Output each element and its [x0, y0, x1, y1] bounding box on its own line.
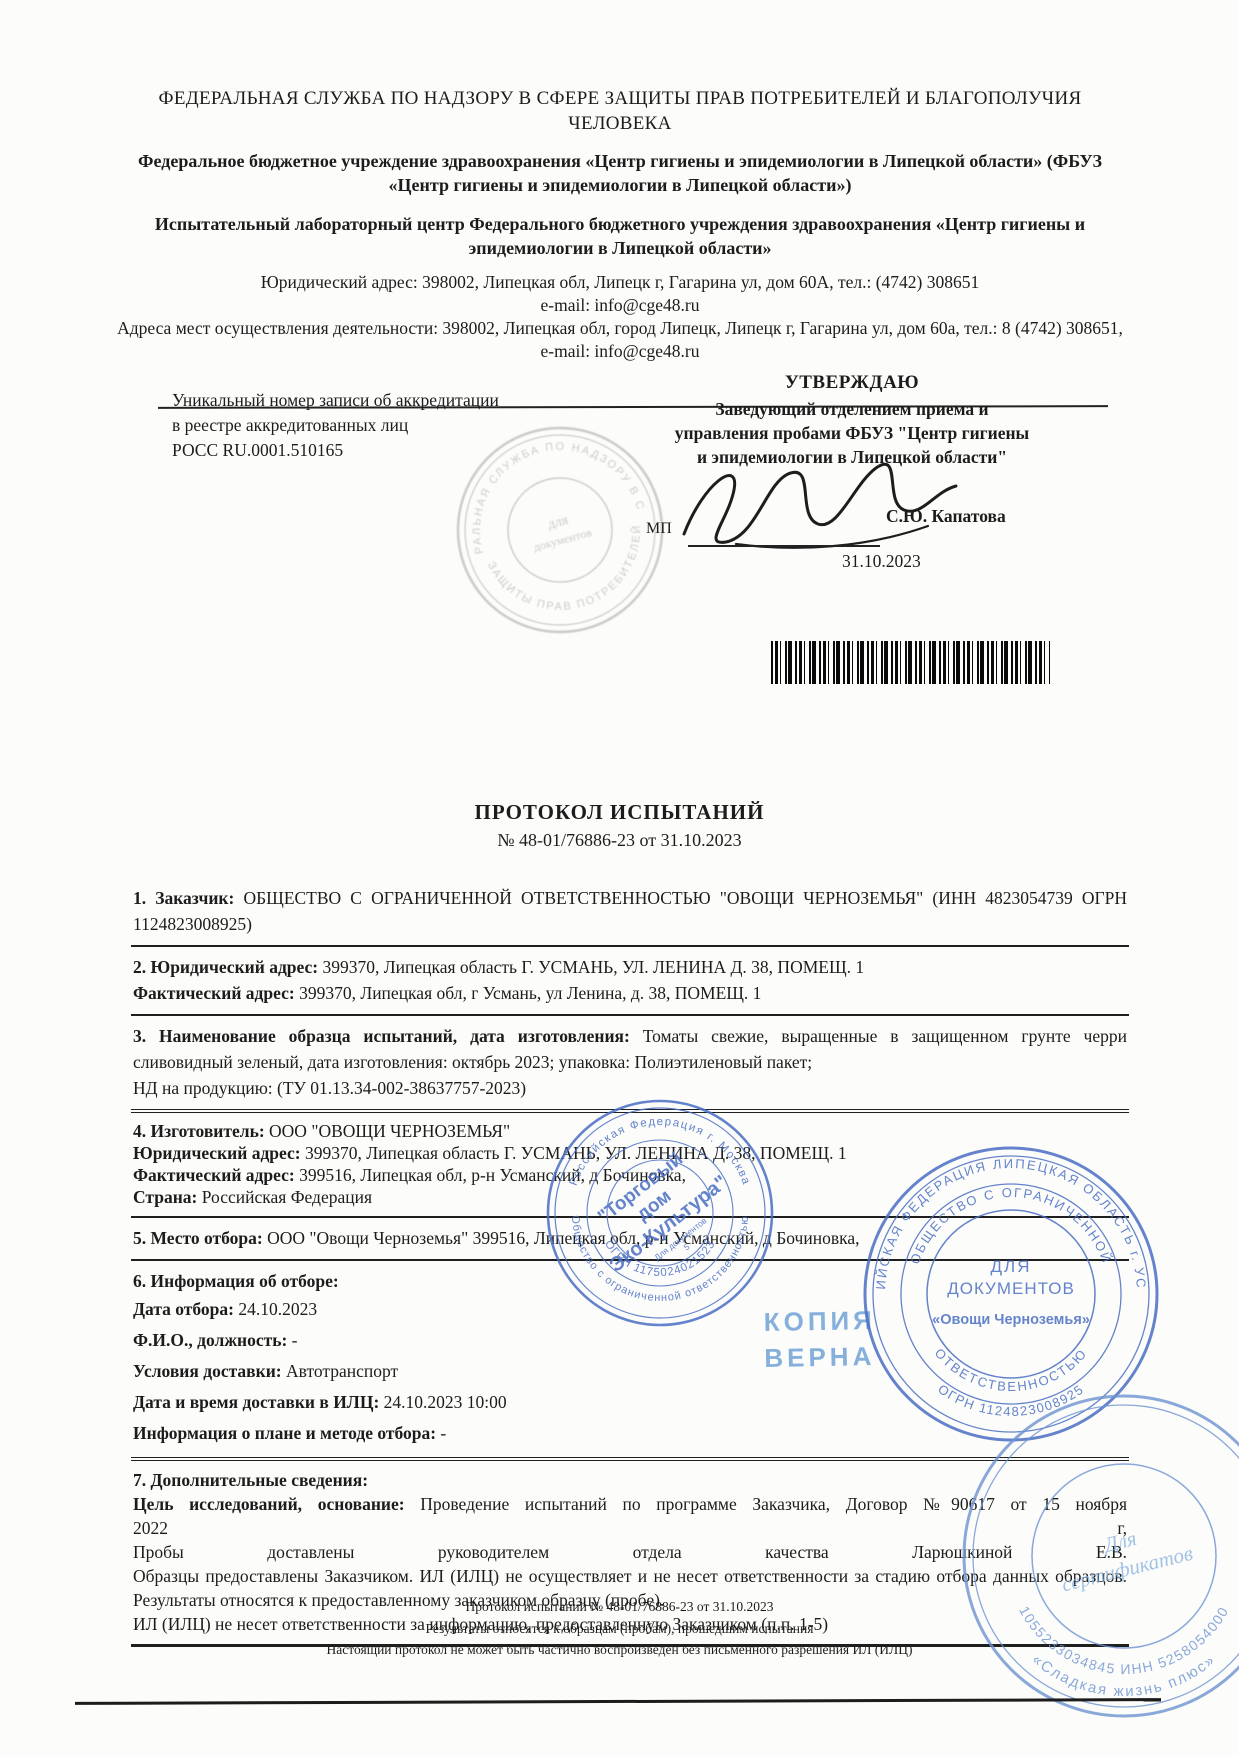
gray-stamp-ring-text: ЗАЩИТЫ ПРАВ ПОТРЕБИТЕЛЕЙ: [484, 521, 660, 632]
header-org-name: Федеральное бюджетное учреждение здравоо…: [112, 149, 1128, 197]
section-sampling-place: 5. Место отбора: ООО "Овощи Черноземья" …: [131, 1218, 1129, 1261]
header-agency: ФЕДЕРАЛЬНАЯ СЛУЖБА ПО НАДЗОРУ В СФЕРЕ ЗА…: [112, 86, 1128, 136]
gray-stamp-center-text: для: [546, 513, 570, 533]
section-label: 4. Изготовитель:: [133, 1121, 265, 1141]
section-manufacturer: 4. Изготовитель: ООО "ОВОЩИ ЧЕРНОЗЕМЬЯ" …: [131, 1113, 1129, 1218]
accreditation-line: в реестре аккредитованных лиц: [172, 413, 542, 438]
header-activity-addresses: Адреса мест осуществления деятельности: …: [112, 317, 1128, 363]
field-label: Условия доставки:: [133, 1361, 282, 1381]
section-label: 1. Заказчик:: [133, 888, 234, 908]
accreditation-note: Уникальный номер записи об аккредитации …: [172, 388, 542, 463]
section-text: НД на продукцию: (ТУ 01.13.34-002-386377…: [133, 1075, 1127, 1101]
section-sample: 3. Наименование образца испытаний, дата …: [131, 1016, 1129, 1113]
document-header: ФЕДЕРАЛЬНАЯ СЛУЖБА ПО НАДЗОРУ В СФЕРЕ ЗА…: [112, 86, 1128, 363]
copy-valid-line: ВЕРНА: [764, 1338, 877, 1376]
section-label: Страна:: [133, 1187, 197, 1207]
field-value: -: [440, 1423, 446, 1443]
section-title: 6. Информация об отборе:: [133, 1268, 1127, 1294]
field-value: Пробы доставлены руководителем отдела ка…: [133, 1540, 1127, 1564]
field-value: 2022: [133, 1516, 168, 1540]
section-label: 2. Юридический адрес:: [133, 957, 318, 977]
section-text: 399516, Липецкая обл, р-н Усманский, д Б…: [299, 1165, 686, 1185]
barcode: [771, 641, 1050, 684]
field-value: -: [292, 1330, 298, 1350]
scanned-protocol-page: ФЕДЕРАЛЬНАЯ СЛУЖБА ПО НАДЗОРУ В СФЕРЕ ЗА…: [0, 0, 1239, 1756]
section-label: Фактический адрес:: [133, 1165, 295, 1185]
section-label: 3. Наименование образца испытаний, дата …: [133, 1026, 630, 1046]
field-value: Проведение испытаний по программе Заказч…: [420, 1494, 1127, 1514]
approval-title: УТВЕРЖДАЮ: [668, 372, 1036, 394]
header-lab-name: Испытательный лабораторный центр Федерал…: [112, 212, 1128, 260]
field-value: 24.10.2023: [238, 1299, 317, 1319]
header-email: e-mail: info@cge48.ru: [112, 294, 1128, 317]
approval-date: 31.10.2023: [842, 551, 921, 572]
accreditation-line: Уникальный номер записи об аккредитации: [172, 388, 542, 413]
section-customer: 1. Заказчик: ОБЩЕСТВО С ОГРАНИЧЕННОЙ ОТВ…: [131, 878, 1129, 947]
section-text: ОБЩЕСТВО С ОГРАНИЧЕННОЙ ОТВЕТСТВЕННОСТЬЮ…: [133, 888, 1127, 934]
field-label: Дата отбора:: [133, 1299, 234, 1319]
field-value: 24.10.2023 10:00: [384, 1392, 507, 1412]
section-addresses: 2. Юридический адрес: 399370, Липецкая о…: [131, 947, 1129, 1016]
protocol-title-block: ПРОТОКОЛ ИСПЫТАНИЙ № 48-01/76886-23 от 3…: [0, 800, 1239, 851]
footer-line: Результаты относятся к образцам (пробам)…: [0, 1618, 1239, 1640]
svg-text:ЗАЩИТЫ ПРАВ ПОТРЕБИТЕЛЕЙ: ЗАЩИТЫ ПРАВ ПОТРЕБИТЕЛЕЙ: [484, 521, 660, 632]
footer-line: Настоящий протокол не может быть частичн…: [0, 1639, 1239, 1661]
section-sampling-info: 6. Информация об отборе: Дата отбора: 24…: [131, 1261, 1129, 1461]
section-text: 399370, Липецкая область Г. УСМАНЬ, УЛ. …: [305, 1143, 847, 1163]
accreditation-number: РОСС RU.0001.510165: [172, 438, 542, 463]
protocol-number: № 48-01/76886-23 от 31.10.2023: [0, 830, 1239, 851]
section-text: ООО "Овощи Черноземья" 399516, Липецкая …: [267, 1228, 859, 1248]
copy-valid-line: КОПИЯ: [763, 1302, 876, 1340]
bottom-rule: [75, 1698, 1161, 1705]
approver-name: С.Ю. Капатова: [886, 506, 1006, 527]
footer-line: Протокол испытаний № 48-01/76886-23 от 3…: [0, 1596, 1239, 1618]
field-value: г,: [1117, 1516, 1127, 1540]
section-text: Российская Федерация: [202, 1187, 372, 1207]
field-label: Ф.И.О., должность:: [133, 1330, 287, 1350]
section-title: 7. Дополнительные сведения:: [133, 1468, 1127, 1492]
section-text: ООО "ОВОЩИ ЧЕРНОЗЕМЬЯ": [269, 1121, 510, 1141]
gray-stamp-center-text: документов: [532, 525, 594, 554]
section-label: Фактический адрес:: [133, 983, 295, 1003]
section-label: 5. Место отбора:: [133, 1228, 263, 1248]
footer-note: Протокол испытаний № 48-01/76886-23 от 3…: [0, 1596, 1239, 1661]
field-label: Дата и время доставки в ИЛЦ:: [133, 1392, 379, 1412]
section-text: 399370, Липецкая обл, г Усмань, ул Ленин…: [299, 983, 761, 1003]
signature-line: [688, 545, 880, 547]
header-legal-address: Юридический адрес: 398002, Липецкая обл,…: [112, 271, 1128, 294]
section-label: Юридический адрес:: [133, 1143, 301, 1163]
copy-valid-mark: КОПИЯ ВЕРНА: [763, 1302, 876, 1376]
section-text: 399370, Липецкая область Г. УСМАНЬ, УЛ. …: [322, 957, 864, 977]
protocol-title: ПРОТОКОЛ ИСПЫТАНИЙ: [0, 800, 1239, 825]
field-label: Информация о плане и методе отбора:: [133, 1423, 436, 1443]
mp-label: МП: [646, 520, 672, 538]
field-label: Цель исследований, основание:: [133, 1494, 405, 1514]
protocol-sections: 1. Заказчик: ОБЩЕСТВО С ОГРАНИЧЕННОЙ ОТВ…: [131, 878, 1129, 1647]
field-value: Автотранспорт: [286, 1361, 398, 1381]
